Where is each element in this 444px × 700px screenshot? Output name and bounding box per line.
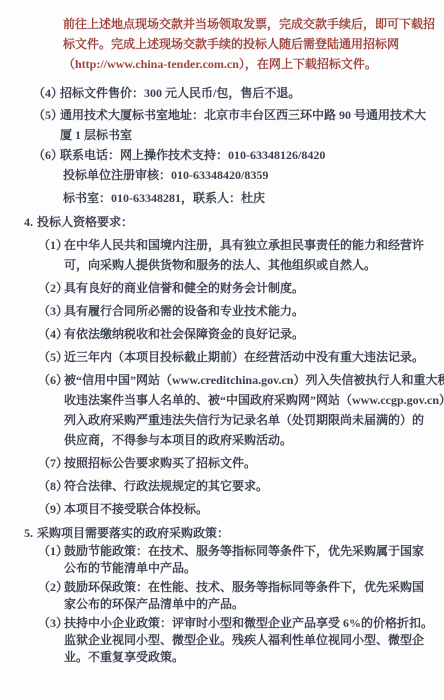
list-item-body: 符合法律、行政法规规定的其它要求。 [64,476,268,496]
qualification-item: （3） 具有履行合同所必需的设备和专业技术能力。 [0,301,444,321]
notice-line-url: （http://www.china-tender.com.cn），在网上下载招标… [63,54,444,74]
section-title: 采购项目需要落实的政府采购政策： [37,523,229,543]
list-item-line: 本项目不接受联合体投标。 [64,499,208,519]
list-item-label: （4） [33,83,60,103]
notice-line: 前往上述地点现场交款并当场领取发票，完成交款手续后，即可下载招 [63,14,444,34]
section-heading-bidder-qualifications: 4. 投标人资格要求： [0,212,444,232]
red-notice-paragraph: 前往上述地点现场交款并当场领取发票，完成交款手续后，即可下载招 标文件。完成上述… [0,14,444,74]
list-item-line: 具有良好的商业信誉和健全的财务会计制度。 [64,278,304,298]
section-number: 4. [24,212,37,232]
list-item-line: 符合法律、行政法规规定的其它要求。 [64,476,268,496]
list-item-line: 厦 1 层标书室 [60,125,426,145]
list-item-line: 通用技术大厦标书室地址：北京市丰台区西三环中路 90 号通用技术大 [60,105,426,125]
list-item-line: 标书室：010-63348281，联系人：杜庆 [63,188,444,208]
list-item-body: 扶持中小企业政策：评审时小型和微型企业产品享受 6%的价格折扣。 监狱企业视同小… [64,615,433,666]
contact-subline-bid-room: 标书室：010-63348281，联系人：杜庆 [0,188,444,208]
qualification-item: （4） 有依法缴纳税收和社会保障资金的良好记录。 [0,324,444,344]
list-item-tender-price: （4） 招标文件售价：300 元人民币/包，售后不退。 [0,83,444,103]
document-page: 前往上述地点现场交款并当场领取发票，完成交款手续后，即可下载招 标文件。完成上述… [0,0,444,666]
list-item-label: （1） [38,543,64,560]
list-item-body: 鼓励节能政策：在技术、服务等指标同等条件下，优先采购属于国家 公布的节能清单中产… [64,543,424,577]
list-item-line: 监狱企业视同小型、微型企业。残疾人福利性单位视同小型、微型企 [64,632,433,649]
list-item-label: （2） [38,278,64,298]
section-title: 投标人资格要求： [37,212,133,232]
list-item-body: 通用技术大厦标书室地址：北京市丰台区西三环中路 90 号通用技术大 厦 1 层标… [60,105,426,145]
list-item-line: 可，向采购人提供货物和服务的法人、其他组织或自然人。 [64,255,424,275]
qualification-item: （2） 具有良好的商业信誉和健全的财务会计制度。 [0,278,444,298]
list-item-line: 扶持中小企业政策：评审时小型和微型企业产品享受 6%的价格折扣。 [64,615,433,632]
list-item-label: （7） [38,453,64,473]
list-item-line: 有依法缴纳税收和社会保障资金的良好记录。 [64,324,304,344]
list-item-line: 收违法案件当事人名单的、被“中国政府采购网”网站（www.ccgp.gov.cn… [64,390,444,410]
list-item-line: 具有履行合同所必需的设备和专业技术能力。 [64,301,304,321]
list-item-label: （1） [38,235,64,255]
notice-line: 标文件。完成上述现场交款手续的投标人随后需登陆通用招标网 [63,34,444,54]
list-item-line: 投标单位注册审核：010-63348420/8359 [63,165,444,185]
section-number: 5. [24,523,37,543]
list-item-body: 具有良好的商业信誉和健全的财务会计制度。 [64,278,304,298]
list-item-label: （4） [38,324,64,344]
list-item-body: 按照招标公告要求购买了招标文件。 [64,453,256,473]
list-item-body: 联系电话：网上操作技术支持：010-63348126/8420 [60,145,325,165]
list-item-label: （3） [38,301,64,321]
qualification-item: （8） 符合法律、行政法规规定的其它要求。 [0,476,444,496]
list-item-label: （6） [33,145,60,165]
qualification-item: （7） 按照招标公告要求购买了招标文件。 [0,453,444,473]
list-item-line: 鼓励环保政策：在性能、技术、服务等指标同等条件下，优先采购国 [64,579,424,596]
list-item-line: 按照招标公告要求购买了招标文件。 [64,453,256,473]
list-item-body: 招标文件售价：300 元人民币/包，售后不退。 [60,83,300,103]
qualification-item-credit-china: （6） 被“信用中国”网站（www.creditchina.gov.cn）列入失… [0,370,444,450]
list-item-body: 在中华人民共和国境内注册，具有独立承担民事责任的能力和经营许 可，向采购人提供货… [64,235,424,275]
list-item-label: （9） [38,499,64,519]
list-item-contact-phone: （6） 联系电话：网上操作技术支持：010-63348126/8420 [0,145,444,165]
list-item-line: 联系电话：网上操作技术支持：010-63348126/8420 [60,145,325,165]
list-item-body: 本项目不接受联合体投标。 [64,499,208,519]
policy-item-sme-support: （3） 扶持中小企业政策：评审时小型和微型企业产品享受 6%的价格折扣。 监狱企… [0,615,444,666]
list-item-label: （5） [33,105,60,125]
list-item-line: 在中华人民共和国境内注册，具有独立承担民事责任的能力和经营许 [64,235,424,255]
contact-subline-registration: 投标单位注册审核：010-63348420/8359 [0,165,444,185]
qualification-item: （5） 近三年内（本项目投标截止期前）在经营活动中没有重大违法记录。 [0,347,444,367]
policy-item-energy-saving: （1） 鼓励节能政策：在技术、服务等指标同等条件下，优先采购属于国家 公布的节能… [0,543,444,577]
list-item-line: 供应商，不得参与本项目的政府采购活动。 [64,430,444,450]
list-item-label: （6） [38,370,64,390]
list-item-body: 被“信用中国”网站（www.creditchina.gov.cn）列入失信被执行… [64,370,444,450]
list-item-line: 鼓励节能政策：在技术、服务等指标同等条件下，优先采购属于国家 [64,543,424,560]
section-heading-procurement-policies: 5. 采购项目需要落实的政府采购政策： [0,523,444,543]
list-item-line: 招标文件售价：300 元人民币/包，售后不退。 [60,83,300,103]
list-item-line: 公布的节能清单中产品。 [64,560,424,577]
list-item-bid-room-address: （5） 通用技术大厦标书室地址：北京市丰台区西三环中路 90 号通用技术大 厦 … [0,105,444,145]
list-item-line: 列入政府采购严重违法失信行为记录名单（处罚期限尚未届满的）的 [64,410,444,430]
list-item-line: 被“信用中国”网站（www.creditchina.gov.cn）列入失信被执行… [64,370,444,390]
list-item-label: （2） [38,579,64,596]
list-item-body: 有依法缴纳税收和社会保障资金的良好记录。 [64,324,304,344]
list-item-line: 近三年内（本项目投标截止期前）在经营活动中没有重大违法记录。 [64,347,424,367]
list-item-line: 家公布的环保产品清单中的产品。 [64,596,424,613]
list-item-body: 具有履行合同所必需的设备和专业技术能力。 [64,301,304,321]
list-item-label: （5） [38,347,64,367]
list-item-body: 鼓励环保政策：在性能、技术、服务等指标同等条件下，优先采购国 家公布的环保产品清… [64,579,424,613]
qualification-item: （1） 在中华人民共和国境内注册，具有独立承担民事责任的能力和经营许 可，向采购… [0,235,444,275]
list-item-label: （8） [38,476,64,496]
qualification-item: （9） 本项目不接受联合体投标。 [0,499,444,519]
list-item-label: （3） [38,615,64,632]
list-item-line: 业。不重复享受政策。 [64,649,433,666]
policy-item-environmental: （2） 鼓励环保政策：在性能、技术、服务等指标同等条件下，优先采购国 家公布的环… [0,579,444,613]
list-item-body: 近三年内（本项目投标截止期前）在经营活动中没有重大违法记录。 [64,347,424,367]
